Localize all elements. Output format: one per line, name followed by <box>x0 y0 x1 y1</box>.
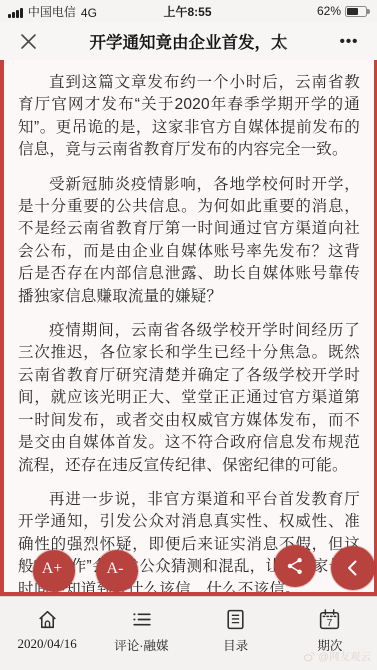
nav-bar: 开学通知竟由企业首发，太 ••• <box>0 22 377 60</box>
calendar-day-number: 7 <box>327 617 333 628</box>
status-bar: 中国电信 4G 上午8:55 62% <box>0 0 377 22</box>
font-decrease-label: A- <box>107 561 124 577</box>
toolbar-comments-label: 评论·融媒 <box>114 636 168 654</box>
article-body[interactable]: 直到这篇文章发布约一个小时后，云南省教育厅官网才发布“关于2020年春季学期开学… <box>4 60 374 592</box>
contents-icon <box>223 606 248 632</box>
clock-label: 上午8:55 <box>148 3 227 20</box>
watermark-text: @网友观云 <box>318 649 371 664</box>
font-increase-label: A+ <box>42 561 63 577</box>
share-icon <box>284 555 306 577</box>
toolbar-date-label: 2020/04/16 <box>18 636 77 652</box>
share-button[interactable] <box>274 545 316 587</box>
page-title: 开学通知竟由企业首发，太 <box>50 29 327 53</box>
toolbar-item-contents[interactable]: 目录 <box>189 606 283 670</box>
close-icon <box>20 33 37 50</box>
signal-strength-icon <box>8 8 23 20</box>
calendar-icon: 7 <box>317 606 342 632</box>
more-menu-button[interactable]: ••• <box>327 22 371 60</box>
home-icon <box>35 606 60 632</box>
toolbar-item-home[interactable]: 2020/04/16 <box>0 606 94 670</box>
status-left: 中国电信 4G <box>8 3 148 20</box>
battery-icon <box>345 6 367 17</box>
carrier-label: 中国电信 <box>28 3 76 20</box>
font-increase-button[interactable]: A+ <box>33 550 75 592</box>
comment-list-icon <box>129 606 154 632</box>
chevron-left-icon <box>341 556 365 580</box>
battery-percent-label: 62% <box>317 4 341 18</box>
ellipsis-icon: ••• <box>340 33 359 50</box>
font-decrease-button[interactable]: A- <box>96 550 138 592</box>
screen: 中国电信 4G 上午8:55 62% 开学通知竟由企业首发，太 ••• 直到这篇… <box>0 0 377 670</box>
back-button[interactable] <box>331 546 375 590</box>
bottom-toolbar: 2020/04/16 评论·融媒 目录 <box>0 596 377 670</box>
article-page: 直到这篇文章发布约一个小时后，云南省教育厅官网才发布“关于2020年春季学期开学… <box>0 60 377 596</box>
toolbar-contents-label: 目录 <box>223 636 248 654</box>
article-paragraph: 受新冠肺炎疫情影响，各地学校何时开学，是十分重要的公共信息。为何如此重要的消息，… <box>18 174 360 308</box>
weibo-watermark: @网友观云 <box>303 649 371 664</box>
article-paragraph: 疫情期间，云南省各级学校开学时间经历了三次推迟，各位家长和学生已经十分焦急。既然… <box>18 320 360 477</box>
network-type-label: 4G <box>81 6 97 20</box>
toolbar-item-comments[interactable]: 评论·融媒 <box>94 606 188 670</box>
article-paragraph: 直到这篇文章发布约一个小时后，云南省教育厅官网才发布“关于2020年春季学期开学… <box>18 72 360 162</box>
weibo-icon <box>303 651 315 662</box>
status-right: 62% <box>227 4 367 18</box>
close-button[interactable] <box>6 22 50 60</box>
